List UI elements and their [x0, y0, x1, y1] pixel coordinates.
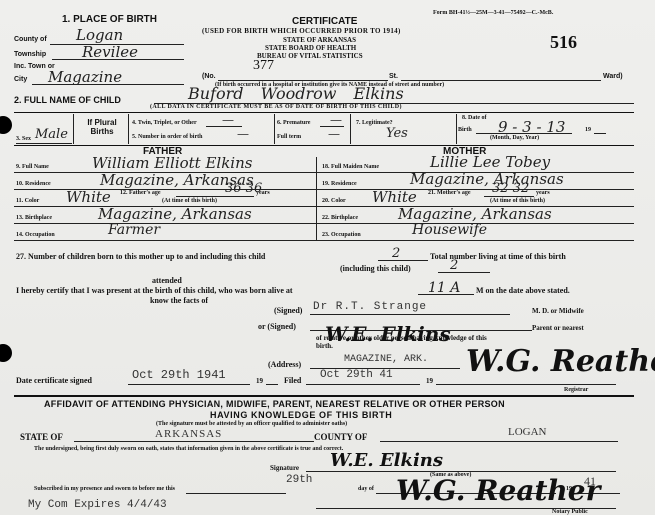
- mother-age-label: 21. Mother's age: [428, 190, 471, 196]
- oath-text: The undersigned, being first duly sworn …: [34, 446, 343, 452]
- father-occupation-value: Farmer: [108, 222, 160, 238]
- certification-statement: I hereby certify that I was present at t…: [16, 286, 293, 295]
- affidavit-title-line1: AFFIDAVIT OF ATTENDING PHYSICIAN, MIDWIF…: [44, 399, 505, 409]
- filed-label: Filed: [284, 376, 301, 385]
- mother-residence-value: Magazine, Arkansas: [410, 170, 564, 188]
- children-born-label: 27. Number of children born to this moth…: [16, 252, 265, 261]
- children-living-caption: (including this child): [340, 264, 411, 273]
- affidavit-signature: W.E. Elkins: [330, 450, 443, 471]
- sex-label: 3. Sex: [16, 136, 31, 142]
- city-value: Magazine: [48, 68, 122, 86]
- order-label: 5. Number in order of birth: [132, 134, 202, 140]
- subscribed-label: Subscribed in my presence and sworn to b…: [34, 486, 175, 492]
- dob-caption: (Month, Day, Year): [490, 135, 539, 141]
- or-signed-label: or (Signed): [258, 322, 296, 331]
- date-signed-label: Date certificate signed: [16, 376, 92, 385]
- state-title: STATE OF ARKANSAS: [283, 36, 356, 44]
- dob-year-suffix: 19: [585, 127, 591, 133]
- certificate-subtitle: (USED FOR BIRTH WHICH OCCURRED PRIOR TO …: [202, 27, 401, 35]
- street-label: St.: [389, 73, 398, 80]
- certificate-number: 516: [550, 32, 577, 53]
- premature-label: 6. Premature: [277, 120, 310, 126]
- full-term-value: —: [328, 127, 340, 141]
- full-term-label: Full term: [277, 134, 301, 140]
- registrar-signature: W.G. Reather: [466, 344, 655, 379]
- certificate-title: CERTIFICATE: [292, 16, 357, 27]
- father-residence-label: 10. Residence: [16, 181, 51, 187]
- parent-signature: W.E. Elkins: [325, 322, 451, 346]
- signed-label: (Signed): [274, 306, 302, 315]
- section-place-of-birth-title: 1. PLACE OF BIRTH: [62, 14, 157, 25]
- mother-age-unit: years: [536, 190, 550, 196]
- notary-signature: W.G. Reather: [396, 474, 600, 507]
- mother-occupation-label: 23. Occupation: [322, 232, 361, 238]
- address-label: (Address): [268, 360, 301, 369]
- day-value: 29th: [286, 474, 312, 486]
- filed-year-suffix: 19: [426, 377, 433, 385]
- child-name-value: Buford Woodrow Elkins: [188, 84, 404, 103]
- father-color-label: 11. Color: [16, 198, 39, 204]
- mother-birthplace-label: 22. Birthplace: [322, 215, 358, 221]
- mother-age-value: 32 32: [492, 181, 529, 196]
- parent-nearest-label: Parent or nearest: [532, 324, 584, 332]
- mother-residence-label: 19. Residence: [322, 181, 357, 187]
- dob-label-top: 8. Date of: [462, 115, 487, 121]
- ward-label: Ward): [603, 73, 623, 80]
- twin-value: —: [222, 113, 234, 127]
- form-number: Form BH-41½—25M—3-41—75492—C.-McB.: [433, 10, 553, 16]
- file-number: 377: [253, 58, 274, 74]
- know-facts-label: know the facts of: [150, 296, 208, 305]
- township-value: Revilee: [82, 43, 138, 61]
- affidavit-county-value: LOGAN: [508, 426, 547, 438]
- registrar-label: Registrar: [564, 387, 588, 393]
- father-age-caption: (At time of this birth): [162, 198, 217, 204]
- mother-birthplace-value: Magazine, Arkansas: [398, 205, 552, 223]
- filed-value: Oct 29th 41: [320, 369, 393, 381]
- county-value: Logan: [76, 26, 123, 44]
- certification-statement-end: M on the date above stated.: [476, 286, 570, 295]
- commission-expiry: My Com Expires 4/4/43: [28, 499, 167, 511]
- twin-label: 4. Twin, Triplet, or Other: [132, 120, 197, 126]
- father-color-value: White: [66, 188, 111, 206]
- dob-label: Birth: [458, 127, 472, 133]
- birth-certificate: 1. PLACE OF BIRTH CERTIFICATE (USED FOR …: [0, 0, 655, 515]
- dob-value: 9 - 3 - 13: [498, 118, 565, 136]
- mother-occupation-value: Housewife: [412, 222, 487, 238]
- street-number-label: (No.: [202, 73, 216, 80]
- birth-time-value: 11 A: [428, 280, 460, 296]
- affidavit-note: (The signature must be attested by an of…: [156, 421, 347, 427]
- sex-value: Male: [35, 127, 68, 142]
- attended-label: attended: [152, 276, 182, 285]
- premature-value: —: [330, 113, 342, 127]
- mother-age-caption: (At time of this birth): [490, 198, 545, 204]
- physician-signed-value: Dr R.T. Strange: [313, 301, 427, 313]
- children-born-value: 2: [392, 246, 400, 261]
- child-name-label: 2. FULL NAME OF CHILD: [14, 95, 121, 105]
- county-label: County of: [14, 36, 47, 43]
- father-birthplace-value: Magazine, Arkansas: [98, 205, 252, 223]
- father-name-label: 9. Full Name: [16, 164, 49, 170]
- mother-color-label: 20. Color: [322, 198, 346, 204]
- day-of-label: day of: [358, 486, 374, 492]
- township-label: Township: [14, 51, 46, 58]
- notary-public-label: Notary Public: [552, 509, 588, 515]
- legitimate-value: Yes: [386, 126, 408, 141]
- affidavit-signature-label: Signature: [270, 464, 299, 472]
- order-value: —: [237, 127, 249, 141]
- father-occupation-label: 14. Occupation: [16, 232, 55, 238]
- affidavit-county-label: COUNTY OF: [314, 432, 367, 442]
- date-signed-value: Oct 29th 1941: [132, 368, 226, 382]
- mother-name-value: Lillie Lee Tobey: [430, 153, 550, 171]
- address-value: MAGAZINE, ARK.: [344, 354, 428, 365]
- affidavit-state-label: STATE OF: [20, 432, 63, 442]
- data-note: (ALL DATA IN CERTIFICATE MUST BE AS OF D…: [150, 104, 402, 110]
- affidavit-title-line2: HAVING KNOWLEDGE OF THIS BIRTH: [210, 410, 392, 420]
- father-name-value: William Elliott Elkins: [92, 154, 252, 172]
- affidavit-state-value: ARKANSAS: [155, 428, 222, 440]
- mother-color-value: White: [372, 188, 417, 206]
- city-label: City: [14, 76, 27, 83]
- punch-hole: [0, 116, 12, 134]
- md-midwife-label: M. D. or Midwife: [532, 307, 584, 315]
- mother-name-label: 18. Full Maiden Name: [322, 164, 379, 170]
- father-birthplace-label: 13. Birthplace: [16, 215, 52, 221]
- board-title: STATE BOARD OF HEALTH: [265, 44, 356, 52]
- punch-hole: [0, 344, 12, 362]
- children-living-value: 2: [450, 258, 458, 273]
- date-signed-year-suffix: 19: [256, 377, 263, 385]
- father-age-label: 12. Father's age: [120, 190, 161, 196]
- plural-births-label: If Plural Births: [80, 118, 124, 136]
- father-age-unit: years: [256, 190, 270, 196]
